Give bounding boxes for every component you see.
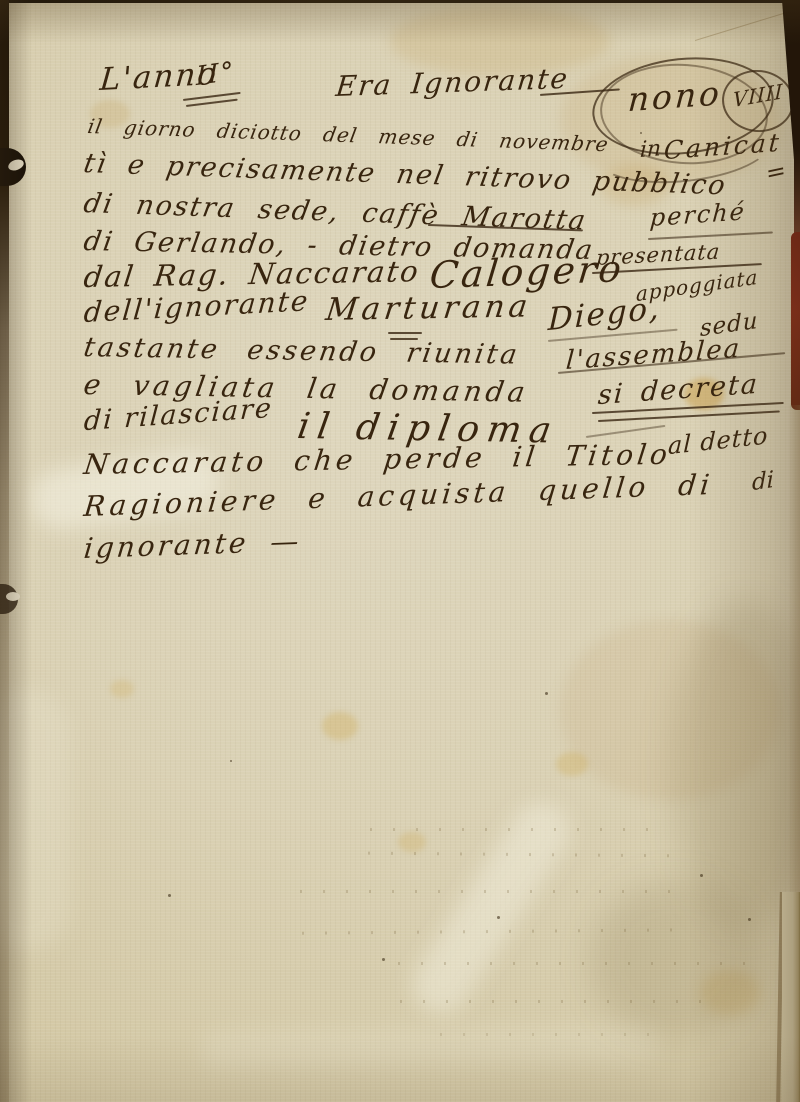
manuscript-page: L'anno II° Era Ignorante nono VIIII il g… xyxy=(0,0,800,1102)
manuscript-photo: L'anno II° Era Ignorante nono VIIII il g… xyxy=(0,0,800,1102)
paper-vignette xyxy=(0,0,800,1102)
